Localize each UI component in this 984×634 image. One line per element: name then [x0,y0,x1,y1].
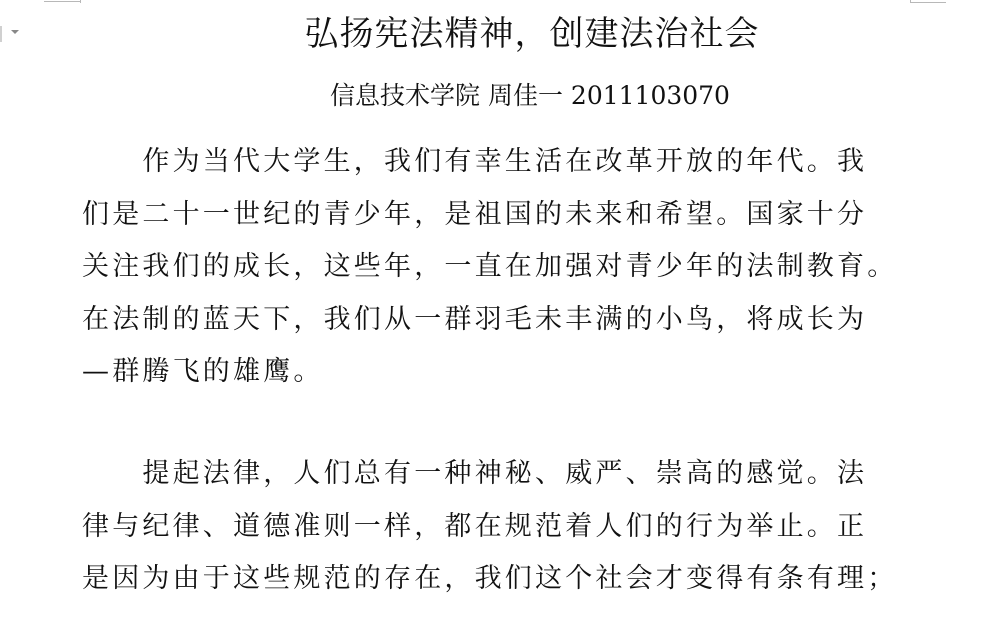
page-corner-mark-top-right-vertical [910,0,911,3]
paragraph-line: 在法制的蓝天下，我们从一群羽毛未丰满的小鸟，将成长为 [82,294,912,347]
author-line: 信息技术学院 周佳一 2011103070 [0,78,984,114]
page-corner-mark-top-left-vertical [80,0,81,3]
paragraph-line: 关注我们的成长，这些年，一直在加强对青少年的法制教育。 [82,241,912,294]
paragraph-line: 提起法律，人们总有一种神秘、威严、崇高的感觉。法 [82,448,912,501]
paragraph-line: 作为当代大学生，我们有幸生活在改革开放的年代。我 [82,136,912,189]
page-corner-mark-top-left [44,1,81,2]
paragraph-line: —群腾飞的雄鹰。 [82,346,912,399]
page-corner-mark-top-right [910,2,946,3]
paragraph-2: 提起法律，人们总有一种神秘、威严、崇高的感觉。法 律与纪律、道德准则一样，都在规… [82,448,912,606]
paragraph-line: 律与纪律、道德准则一样，都在规范着人们的行为举止。正 [82,501,912,554]
document-title: 弘扬宪法精神，创建法治社会 [0,12,984,56]
paragraph-1: 作为当代大学生，我们有幸生活在改革开放的年代。我 们是二十一世纪的青少年，是祖国… [82,136,912,399]
paragraph-line: 是因为由于这些规范的存在，我们这个社会才变得有条有理； [82,553,912,606]
paragraph-line: 们是二十一世纪的青少年，是祖国的未来和希望。国家十分 [82,189,912,242]
